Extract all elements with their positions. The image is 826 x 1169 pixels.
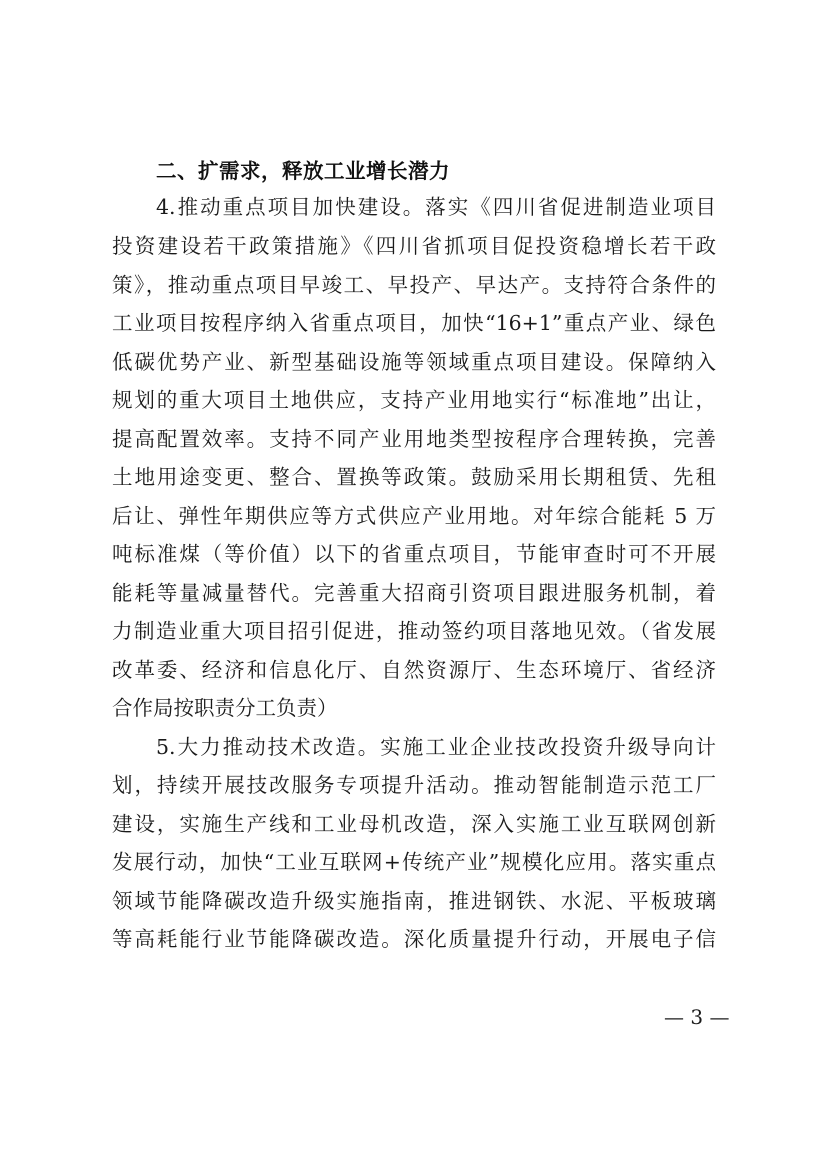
page-number: — 3 —	[664, 1005, 729, 1029]
paragraph-5-line-3: 建设，实施生产线和工业母机改造，深入实施工业互联网创新	[112, 811, 716, 837]
paragraph-5-line-6: 等高耗能行业节能降碳改造。深化质量提升行动，开展电子信	[112, 926, 716, 952]
paragraph-4-line-1: 4.推动重点项目加快建设。落实《四川省促进制造业项目	[156, 194, 716, 220]
paragraph-4-line-6: 规划的重大项目土地供应，支持产业用地实行“标准地”出让，	[112, 387, 716, 413]
paragraph-4-line-4: 工业项目按程序纳入省重点项目，加快“16+1”重点产业、绿色	[112, 310, 716, 336]
section-heading: 二、扩需求，释放工业增长潜力	[156, 154, 450, 184]
paragraph-4-line-11: 能耗等量减量替代。完善重大招商引资项目跟进服务机制，着	[112, 580, 716, 606]
paragraph-5-line-5: 领域节能降碳改造升级实施指南，推进钢铁、水泥、平板玻璃	[112, 888, 716, 914]
paragraph-5-line-4: 发展行动，加快“工业互联网+传统产业”规模化应用。落实重点	[112, 849, 716, 875]
paragraph-4-line-3: 策》，推动重点项目早竣工、早投产、早达产。支持符合条件的	[112, 272, 716, 298]
paragraph-4-line-8: 土地用途变更、整合、置换等政策。鼓励采用长期租赁、先租	[112, 464, 716, 490]
paragraph-4-line-7: 提高配置效率。支持不同产业用地类型按程序合理转换，完善	[112, 426, 716, 452]
document-page: 二、扩需求，释放工业增长潜力 4.推动重点项目加快建设。落实《四川省促进制造业项…	[0, 0, 826, 1169]
paragraph-4-line-9: 后让、弹性年期供应等方式供应产业用地。对年综合能耗 5 万	[112, 503, 716, 529]
paragraph-5-line-1: 5.大力推动技术改造。实施工业企业技改投资升级导向计	[156, 734, 716, 760]
paragraph-4-line-5: 低碳优势产业、新型基础设施等领域重点项目建设。保障纳入	[112, 349, 716, 375]
paragraph-4-line-14: 合作局按职责分工负责）	[112, 695, 716, 721]
paragraph-4-line-13: 改革委、经济和信息化厅、自然资源厅、生态环境厅、省经济	[112, 657, 716, 683]
paragraph-5-line-2: 划，持续开展技改服务专项提升活动。推动智能制造示范工厂	[112, 772, 716, 798]
paragraph-4-line-2: 投资建设若干政策措施》《四川省抓项目促投资稳增长若干政	[112, 233, 716, 259]
paragraph-4-line-12: 力制造业重大项目招引促进，推动签约项目落地见效。（省发展	[112, 618, 716, 644]
paragraph-4-line-10: 吨标准煤（等价值）以下的省重点项目，节能审查时可不开展	[112, 541, 716, 567]
